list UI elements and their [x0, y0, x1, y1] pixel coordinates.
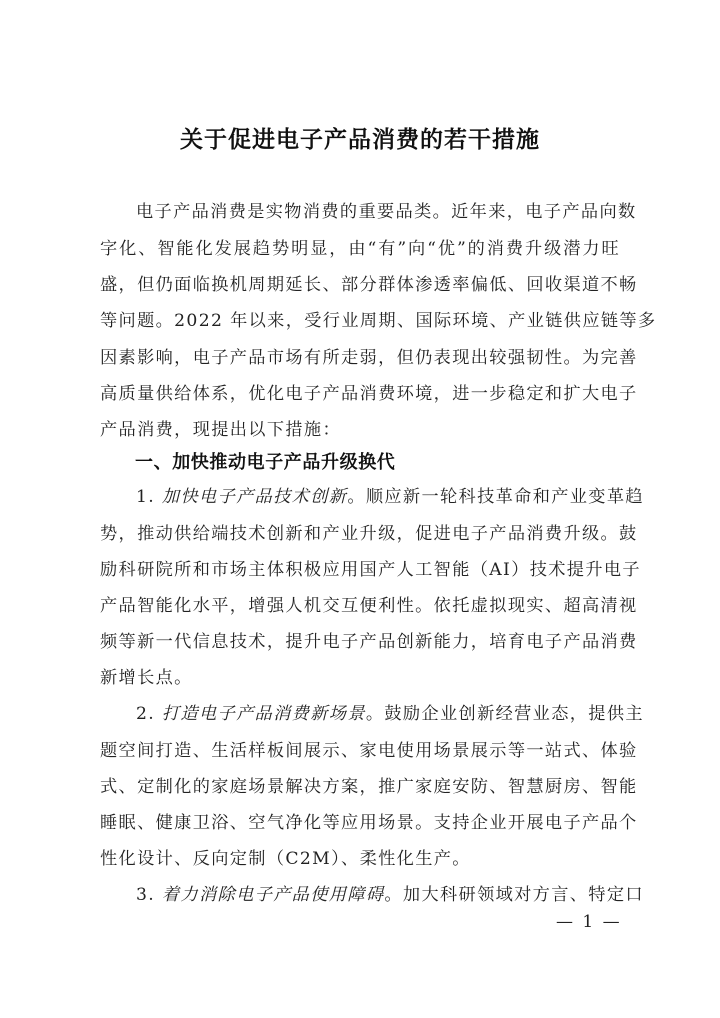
document-page: 关于促进电子产品消费的若干措施 电子产品消费是实物消费的重要品类。近年来，电子产…	[0, 0, 720, 1018]
intro-line-5: 因素影响，电子产品市场有所走弱，但仍表现出较强韧性。为完善	[100, 340, 620, 376]
item2-line-4: 睡眠、健康卫浴、空气净化等应用场景。支持企业开展电子产品个	[100, 805, 620, 841]
item1-line-5: 频等新一代信息技术，提升电子产品创新能力，培育电子产品消费	[100, 624, 620, 660]
item1-line-3: 励科研院所和市场主体积极应用国产人工智能（AI）技术提升电子	[100, 552, 620, 588]
document-title: 关于促进电子产品消费的若干措施	[0, 124, 720, 156]
intro-line-1: 电子产品消费是实物消费的重要品类。近年来，电子产品向数	[136, 194, 620, 230]
item3-first-line: 3. 着力消除电子产品使用障碍。加大科研领域对方言、特定口	[136, 877, 620, 913]
item2-first-line: 2. 打造电子产品消费新场景。鼓励企业创新经营业态，提供主	[136, 696, 620, 732]
intro-line-7: 产品消费，现提出以下措施：	[100, 412, 620, 448]
intro-line-6: 高质量供给体系，优化电子产品消费环境，进一步稳定和扩大电子	[100, 376, 620, 412]
item3-number: 3.	[136, 885, 162, 905]
intro-line-4: 等问题。2022 年以来，受行业周期、国际环境、产业链供应链等多	[100, 303, 620, 339]
item3-first-rest: 。加大科研领域对方言、特定口	[384, 885, 644, 905]
item1-lead: 加快电子产品技术创新	[162, 487, 347, 507]
item2-line-3: 式、定制化的家庭场景解决方案，推广家庭安防、智慧厨房、智能	[100, 769, 620, 805]
intro-line-3: 盛，但仍面临换机周期延长、部分群体渗透率偏低、回收渠道不畅	[100, 267, 620, 303]
item2-line-5: 性化设计、反向定制（C2M）、柔性化生产。	[100, 841, 620, 877]
item3-lead: 着力消除电子产品使用障碍	[162, 885, 384, 905]
item2-first-rest: 。鼓励企业创新经营业态，提供主	[366, 704, 644, 724]
intro-line-2: 字化、智能化发展趋势明显，由“有”向“优”的消费升级潜力旺	[100, 231, 620, 267]
section-heading-1: 一、加快推动电子产品升级换代	[135, 445, 395, 481]
item2-lead: 打造电子产品消费新场景	[162, 704, 366, 724]
item1-first-rest: 。顺应新一轮科技革命和产业变革趋	[347, 487, 644, 507]
item1-line-2: 势，推动供给端技术创新和产业升级，促进电子产品消费升级。鼓	[100, 516, 620, 552]
item2-number: 2.	[136, 704, 162, 724]
item2-line-2: 题空间打造、生活样板间展示、家电使用场景展示等一站式、体验	[100, 733, 620, 769]
page-number: — 1 —	[556, 908, 622, 936]
item1-line-6: 新增长点。	[100, 660, 620, 696]
item1-line-4: 产品智能化水平，增强人机交互便利性。依托虚拟现实、超高清视	[100, 588, 620, 624]
item1-number: 1.	[136, 487, 162, 507]
item1-first-line: 1. 加快电子产品技术创新。顺应新一轮科技革命和产业变革趋	[136, 479, 620, 515]
